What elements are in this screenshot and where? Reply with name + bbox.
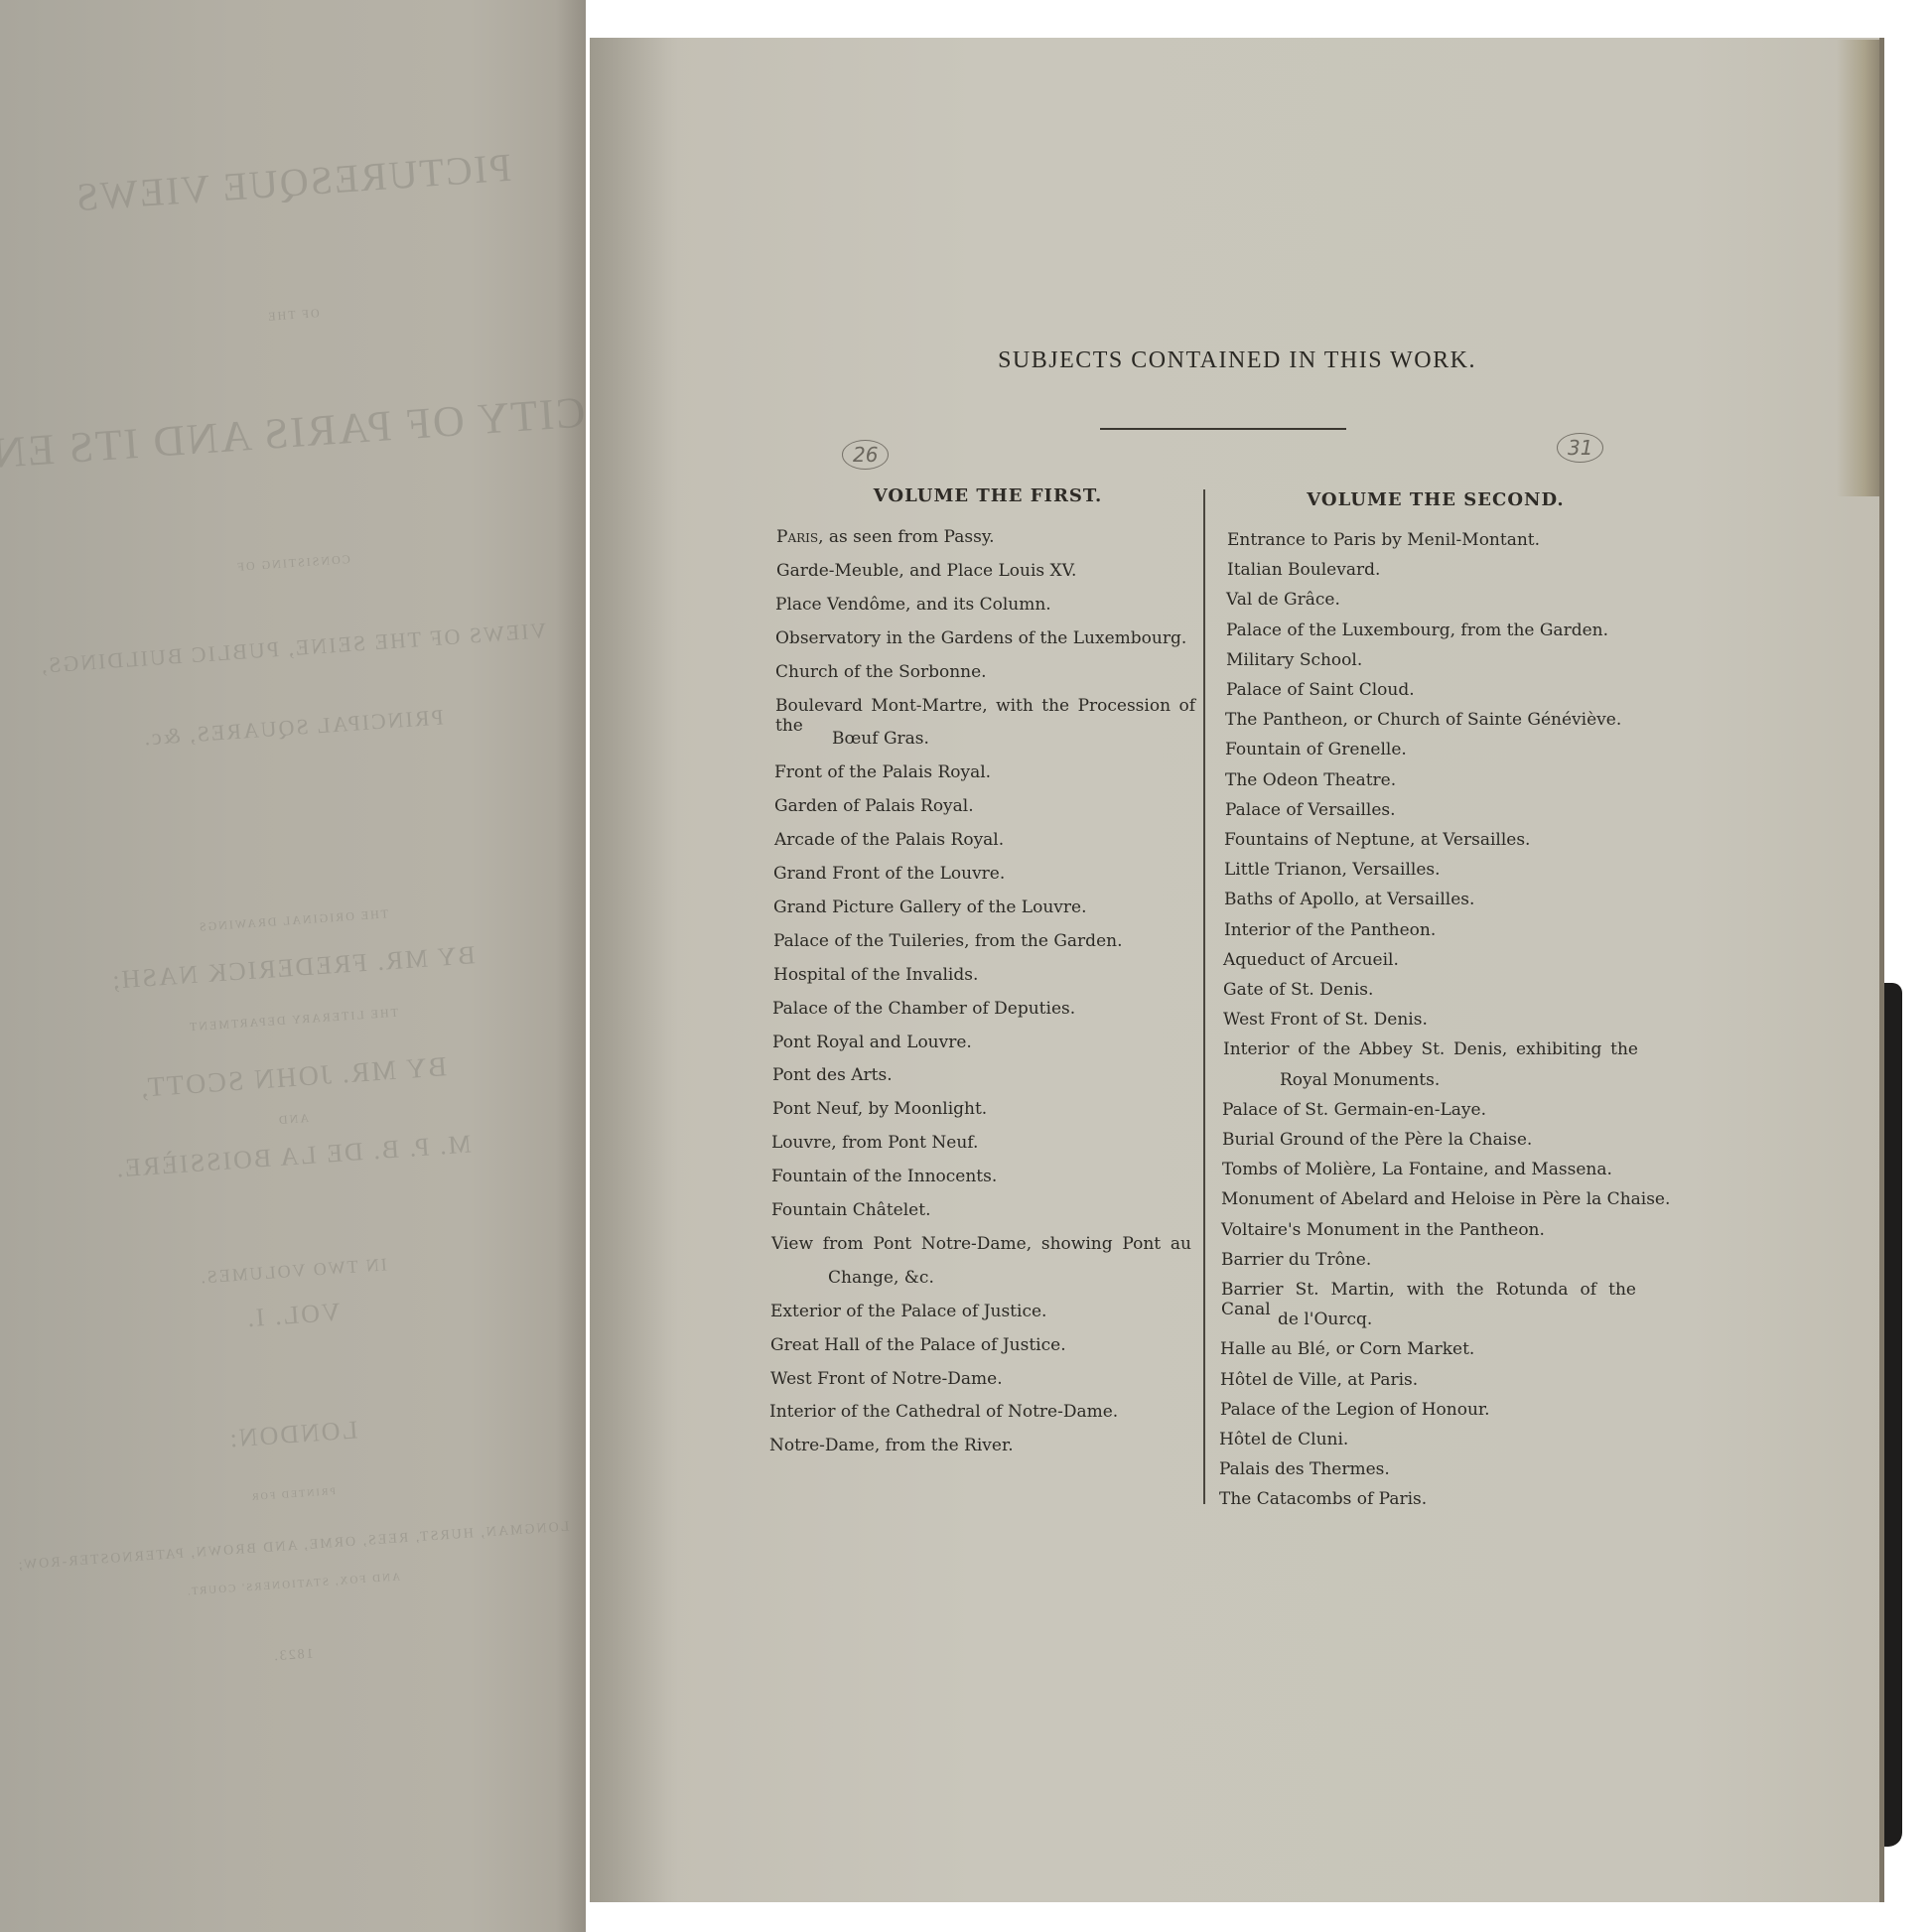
list-item: The Catacombs of Paris. xyxy=(1219,1489,1427,1509)
list-item: Place Vendôme, and its Column. xyxy=(775,595,1051,615)
left-page-shadow xyxy=(556,0,586,1932)
list-item: Val de Grâce. xyxy=(1226,590,1340,610)
list-item: Baths of Apollo, at Versailles. xyxy=(1224,890,1474,909)
list-item-continuation: de l'Ourcq. xyxy=(1278,1310,1372,1329)
list-item: Observatory in the Gardens of the Luxemb… xyxy=(775,628,1186,648)
list-item: The Pantheon, or Church of Sainte Génévi… xyxy=(1225,710,1621,730)
list-item: Palais des Thermes. xyxy=(1219,1459,1390,1479)
small-caps-word: Paris xyxy=(776,527,818,547)
title-rule xyxy=(1100,428,1346,430)
list-item: Garden of Palais Royal. xyxy=(774,796,974,816)
page-title: SUBJECTS CONTAINED IN THIS WORK. xyxy=(590,347,1884,374)
list-item: Pont des Arts. xyxy=(772,1065,893,1085)
list-item: Grand Front of the Louvre. xyxy=(773,864,1005,884)
list-item: Hôtel de Ville, at Paris. xyxy=(1220,1370,1418,1390)
list-item: Fountain Châtelet. xyxy=(771,1200,930,1220)
list-item: Palace of Saint Cloud. xyxy=(1226,680,1415,700)
list-item: Palace of the Luxembourg, from the Garde… xyxy=(1226,621,1608,640)
volume-second-heading: VOLUME THE SECOND. xyxy=(1223,489,1648,510)
list-item: Hôtel de Cluni. xyxy=(1219,1430,1348,1449)
list-item: Palace of St. Germain-en-Laye. xyxy=(1222,1100,1486,1120)
list-item: Halle au Blé, or Corn Market. xyxy=(1220,1339,1474,1359)
list-item: Fountain of Grenelle. xyxy=(1225,740,1407,759)
list-item: The Odeon Theatre. xyxy=(1225,770,1396,790)
list-item: Pont Neuf, by Moonlight. xyxy=(772,1099,987,1119)
list-item: Exterior of the Palace of Justice. xyxy=(770,1302,1046,1321)
list-item: Palace of the Tuileries, from the Garden… xyxy=(773,931,1122,951)
page-edge xyxy=(1879,38,1884,1902)
list-item: Interior of the Abbey St. Denis, exhibit… xyxy=(1223,1039,1638,1059)
list-item: Paris, as seen from Passy. xyxy=(776,527,995,547)
pencil-note-vol1: 26 xyxy=(842,440,889,470)
list-item-continuation: Bœuf Gras. xyxy=(832,729,929,749)
list-item: Hospital of the Invalids. xyxy=(773,965,978,985)
list-item-continuation: Change, &c. xyxy=(828,1268,934,1288)
list-item: Burial Ground of the Père la Chaise. xyxy=(1222,1130,1532,1150)
list-item: Monument of Abelard and Heloise in Père … xyxy=(1221,1189,1670,1209)
list-item: Notre-Dame, from the River. xyxy=(769,1436,1014,1455)
list-item: Little Trianon, Versailles. xyxy=(1224,860,1441,880)
list-item: Front of the Palais Royal. xyxy=(774,762,991,782)
list-item: Tombs of Molière, La Fontaine, and Masse… xyxy=(1222,1160,1612,1179)
list-item: Voltaire's Monument in the Pantheon. xyxy=(1221,1220,1545,1240)
list-item: Church of the Sorbonne. xyxy=(775,662,987,682)
list-item: Arcade of the Palais Royal. xyxy=(774,830,1004,850)
list-item: Fountain of the Innocents. xyxy=(771,1167,997,1186)
list-item: Interior of the Cathedral of Notre-Dame. xyxy=(769,1402,1118,1422)
list-item: Barrier du Trône. xyxy=(1221,1250,1371,1270)
pencil-note-vol2: 31 xyxy=(1557,433,1603,463)
volume-first-heading: VOLUME THE FIRST. xyxy=(774,485,1201,506)
list-item: Entrance to Paris by Menil-Montant. xyxy=(1227,530,1540,550)
gutter-shadow xyxy=(590,38,679,1902)
list-item: West Front of St. Denis. xyxy=(1223,1010,1428,1030)
page-edge-stain xyxy=(1837,40,1884,496)
list-item: Palace of Versailles. xyxy=(1225,800,1396,820)
list-item: Grand Picture Gallery of the Louvre. xyxy=(773,897,1086,917)
list-item: Palace of the Chamber of Deputies. xyxy=(772,999,1075,1019)
column-divider xyxy=(1203,489,1205,1504)
list-item: Military School. xyxy=(1226,650,1362,670)
list-item: Interior of the Pantheon. xyxy=(1224,920,1436,940)
list-item: Fountains of Neptune, at Versailles. xyxy=(1224,830,1530,850)
list-item: Italian Boulevard. xyxy=(1227,560,1380,580)
list-item: Aqueduct of Arcueil. xyxy=(1223,950,1399,970)
list-item: Pont Royal and Louvre. xyxy=(772,1033,972,1052)
list-item: Great Hall of the Palace of Justice. xyxy=(770,1335,1066,1355)
list-item: Palace of the Legion of Honour. xyxy=(1220,1400,1490,1420)
list-item: Louvre, from Pont Neuf. xyxy=(771,1133,978,1153)
list-item: Garde-Meuble, and Place Louis XV. xyxy=(776,561,1076,581)
list-item-continuation: Royal Monuments. xyxy=(1280,1070,1440,1090)
list-item: West Front of Notre-Dame. xyxy=(770,1369,1003,1389)
book-cover-edge xyxy=(1884,983,1902,1847)
list-item: Gate of St. Denis. xyxy=(1223,980,1373,1000)
list-item: View from Pont Notre-Dame, showing Pont … xyxy=(771,1234,1191,1254)
